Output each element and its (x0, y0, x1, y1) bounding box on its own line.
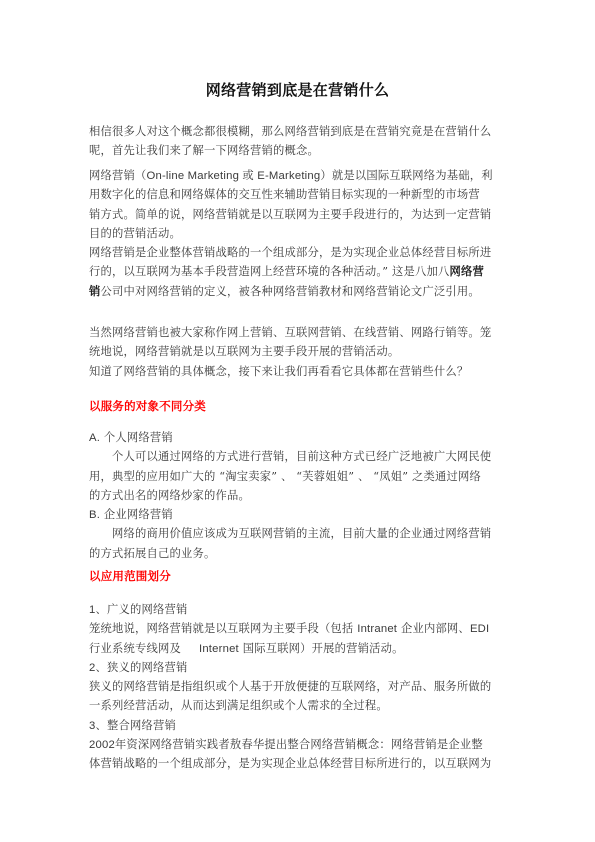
text-segment: 网络营销（ (89, 169, 147, 182)
item-title: 个人网络营销 (104, 431, 173, 444)
section-heading-service-target: 以服务的对象不同分类 (89, 398, 206, 414)
text-line: 网络营销是企业整体营销战略的一个组成部分，是为实现企业总体经营目标所进 (89, 243, 519, 262)
bold-term: 网络营 (450, 264, 485, 278)
section-heading-application-scope: 以应用范围划分 (89, 568, 171, 584)
latin-term: On-line Marketing 或 E-Marketing (147, 170, 321, 182)
item-label: 3、 (89, 720, 107, 732)
text-line: 狭义的网络营销是指组织或个人基于开放便捷的互联网络，对产品、服务所做的 (89, 677, 519, 696)
text-line: 笼统地说，网络营销就是以互联网为主要手段（包括 Intranet 企业内部网、E… (89, 619, 519, 638)
text-line: 的方式拓展自己的业务。 (89, 544, 519, 563)
text-segment: 国际互联网）开展的营销活动。 (239, 642, 404, 655)
text-line: 销公司中对网络营销的定义，被各种网络营销教材和网络营销论文广泛引用。 (89, 282, 519, 301)
list-item-title: A. 个人网络营销 (89, 428, 519, 447)
aliases-paragraph: 当然网络营销也被大家称作网上营销、互联网营销、在线营销、网路行销等。笼 统地说，… (89, 323, 519, 381)
text-segment: ）就是以国际互联网络为基础，利 (320, 169, 492, 182)
definition-paragraph: 网络营销（On-line Marketing 或 E-Marketing）就是以… (89, 166, 519, 301)
text-line: 呢，首先让我们来了解一下网络营销的概念。 (89, 141, 519, 160)
text-line: 2002年资深网络营销实践者敖春华提出整合网络营销概念：网络营销是企业整 (89, 735, 519, 754)
latin-term: Intranet (357, 623, 397, 635)
text-segment: 笼统地说，网络营销就是以互联网为主要手段（包括 (89, 622, 357, 635)
text-line: 用数字化的信息和网络媒体的交互性来辅助营销目标实现的一种新型的市场营 (89, 185, 519, 204)
section2-content: 1、广义的网络营销 笼统地说，网络营销就是以互联网为主要手段（包括 Intran… (89, 600, 519, 774)
item-title: 广义的网络营销 (107, 603, 187, 616)
text-line: 网络的商用价值应该成为互联网营销的主流，目前大量的企业通过网络营销 (89, 524, 519, 543)
document-title: 网络营销到底是在营销什么 (0, 79, 595, 100)
item-title: 企业网络营销 (104, 508, 173, 521)
intro-paragraph: 相信很多人对这个概念都很模糊，那么网络营销到底是在营销究竟是在营销什么 呢，首先… (89, 122, 519, 161)
item-label: 2、 (89, 662, 107, 674)
text-line: 统地说，网络营销就是以互联网为主要手段开展的营销活动。 (89, 342, 519, 361)
bold-term: 销 (89, 284, 101, 298)
list-item-title: 1、广义的网络营销 (89, 600, 519, 619)
text-line: 网络营销（On-line Marketing 或 E-Marketing）就是以… (89, 166, 519, 185)
latin-term: Internet (199, 643, 239, 655)
text-line: 当然网络营销也被大家称作网上营销、互联网营销、在线营销、网路行销等。笼 (89, 323, 519, 342)
item-label: 1、 (89, 604, 107, 616)
list-item-title: 3、整合网络营销 (89, 716, 519, 735)
text-line: 行业系统专线网及Internet 国际互联网）开展的营销活动。 (89, 639, 519, 658)
text-line: 一系列经营活动，从而达到满足组织或个人需求的全过程。 (89, 696, 519, 715)
text-line: 知道了网络营销的具体概念，接下来让我们再看看它具体都在营销些什么？ (89, 362, 519, 381)
text-line: 目的的营销活动。 (89, 224, 519, 243)
text-segment: 行的，以互联网为基本手段营造网上经营环境的各种活动。” 这是八加八 (89, 265, 450, 278)
text-line: 行的，以互联网为基本手段营造网上经营环境的各种活动。” 这是八加八网络营 (89, 262, 519, 281)
text-line: 个人可以通过网络的方式进行营销，目前这种方式已经广泛地被广大网民使 (89, 447, 519, 466)
document-page: 网络营销到底是在营销什么 相信很多人对这个概念都很模糊，那么网络营销到底是在营销… (0, 0, 595, 842)
text-segment: 行业系统专线网及 (89, 642, 181, 655)
item-label: B. (89, 509, 100, 521)
list-item-title: 2、狭义的网络营销 (89, 658, 519, 677)
item-title: 狭义的网络营销 (107, 661, 187, 674)
list-item-title: B. 企业网络营销 (89, 505, 519, 524)
latin-term: EDI (470, 623, 489, 635)
text-segment: 公司中对网络营销的定义，被各种网络营销教材和网络营销论文广泛引用。 (101, 285, 480, 298)
text-segment: 企业内部网、 (397, 622, 470, 635)
text-line: 销方式。简单的说，网络营销就是以互联网为主要手段进行的，为达到一定营销 (89, 205, 519, 224)
item-title: 整合网络营销 (107, 719, 176, 732)
section1-content: A. 个人网络营销 个人可以通过网络的方式进行营销，目前这种方式已经广泛地被广大… (89, 428, 519, 563)
text-line: 的方式出名的网络炒家的作品。 (89, 486, 519, 505)
text-line: 体营销战略的一个组成部分，是为实现企业总体经营目标所进行的，以互联网为 (89, 754, 519, 773)
text-line: 相信很多人对这个概念都很模糊，那么网络营销到底是在营销究竟是在营销什么 (89, 122, 519, 141)
text-segment: 年资深网络营销实践者敖春华提出整合网络营销概念：网络营销是企业整 (115, 738, 483, 751)
text-line: 用，典型的应用如广大的 “淘宝卖家” 、 “芙蓉姐姐” 、 “凤姐” 之类通过网… (89, 467, 519, 486)
latin-term: 2002 (89, 739, 115, 751)
item-label: A. (89, 432, 100, 444)
